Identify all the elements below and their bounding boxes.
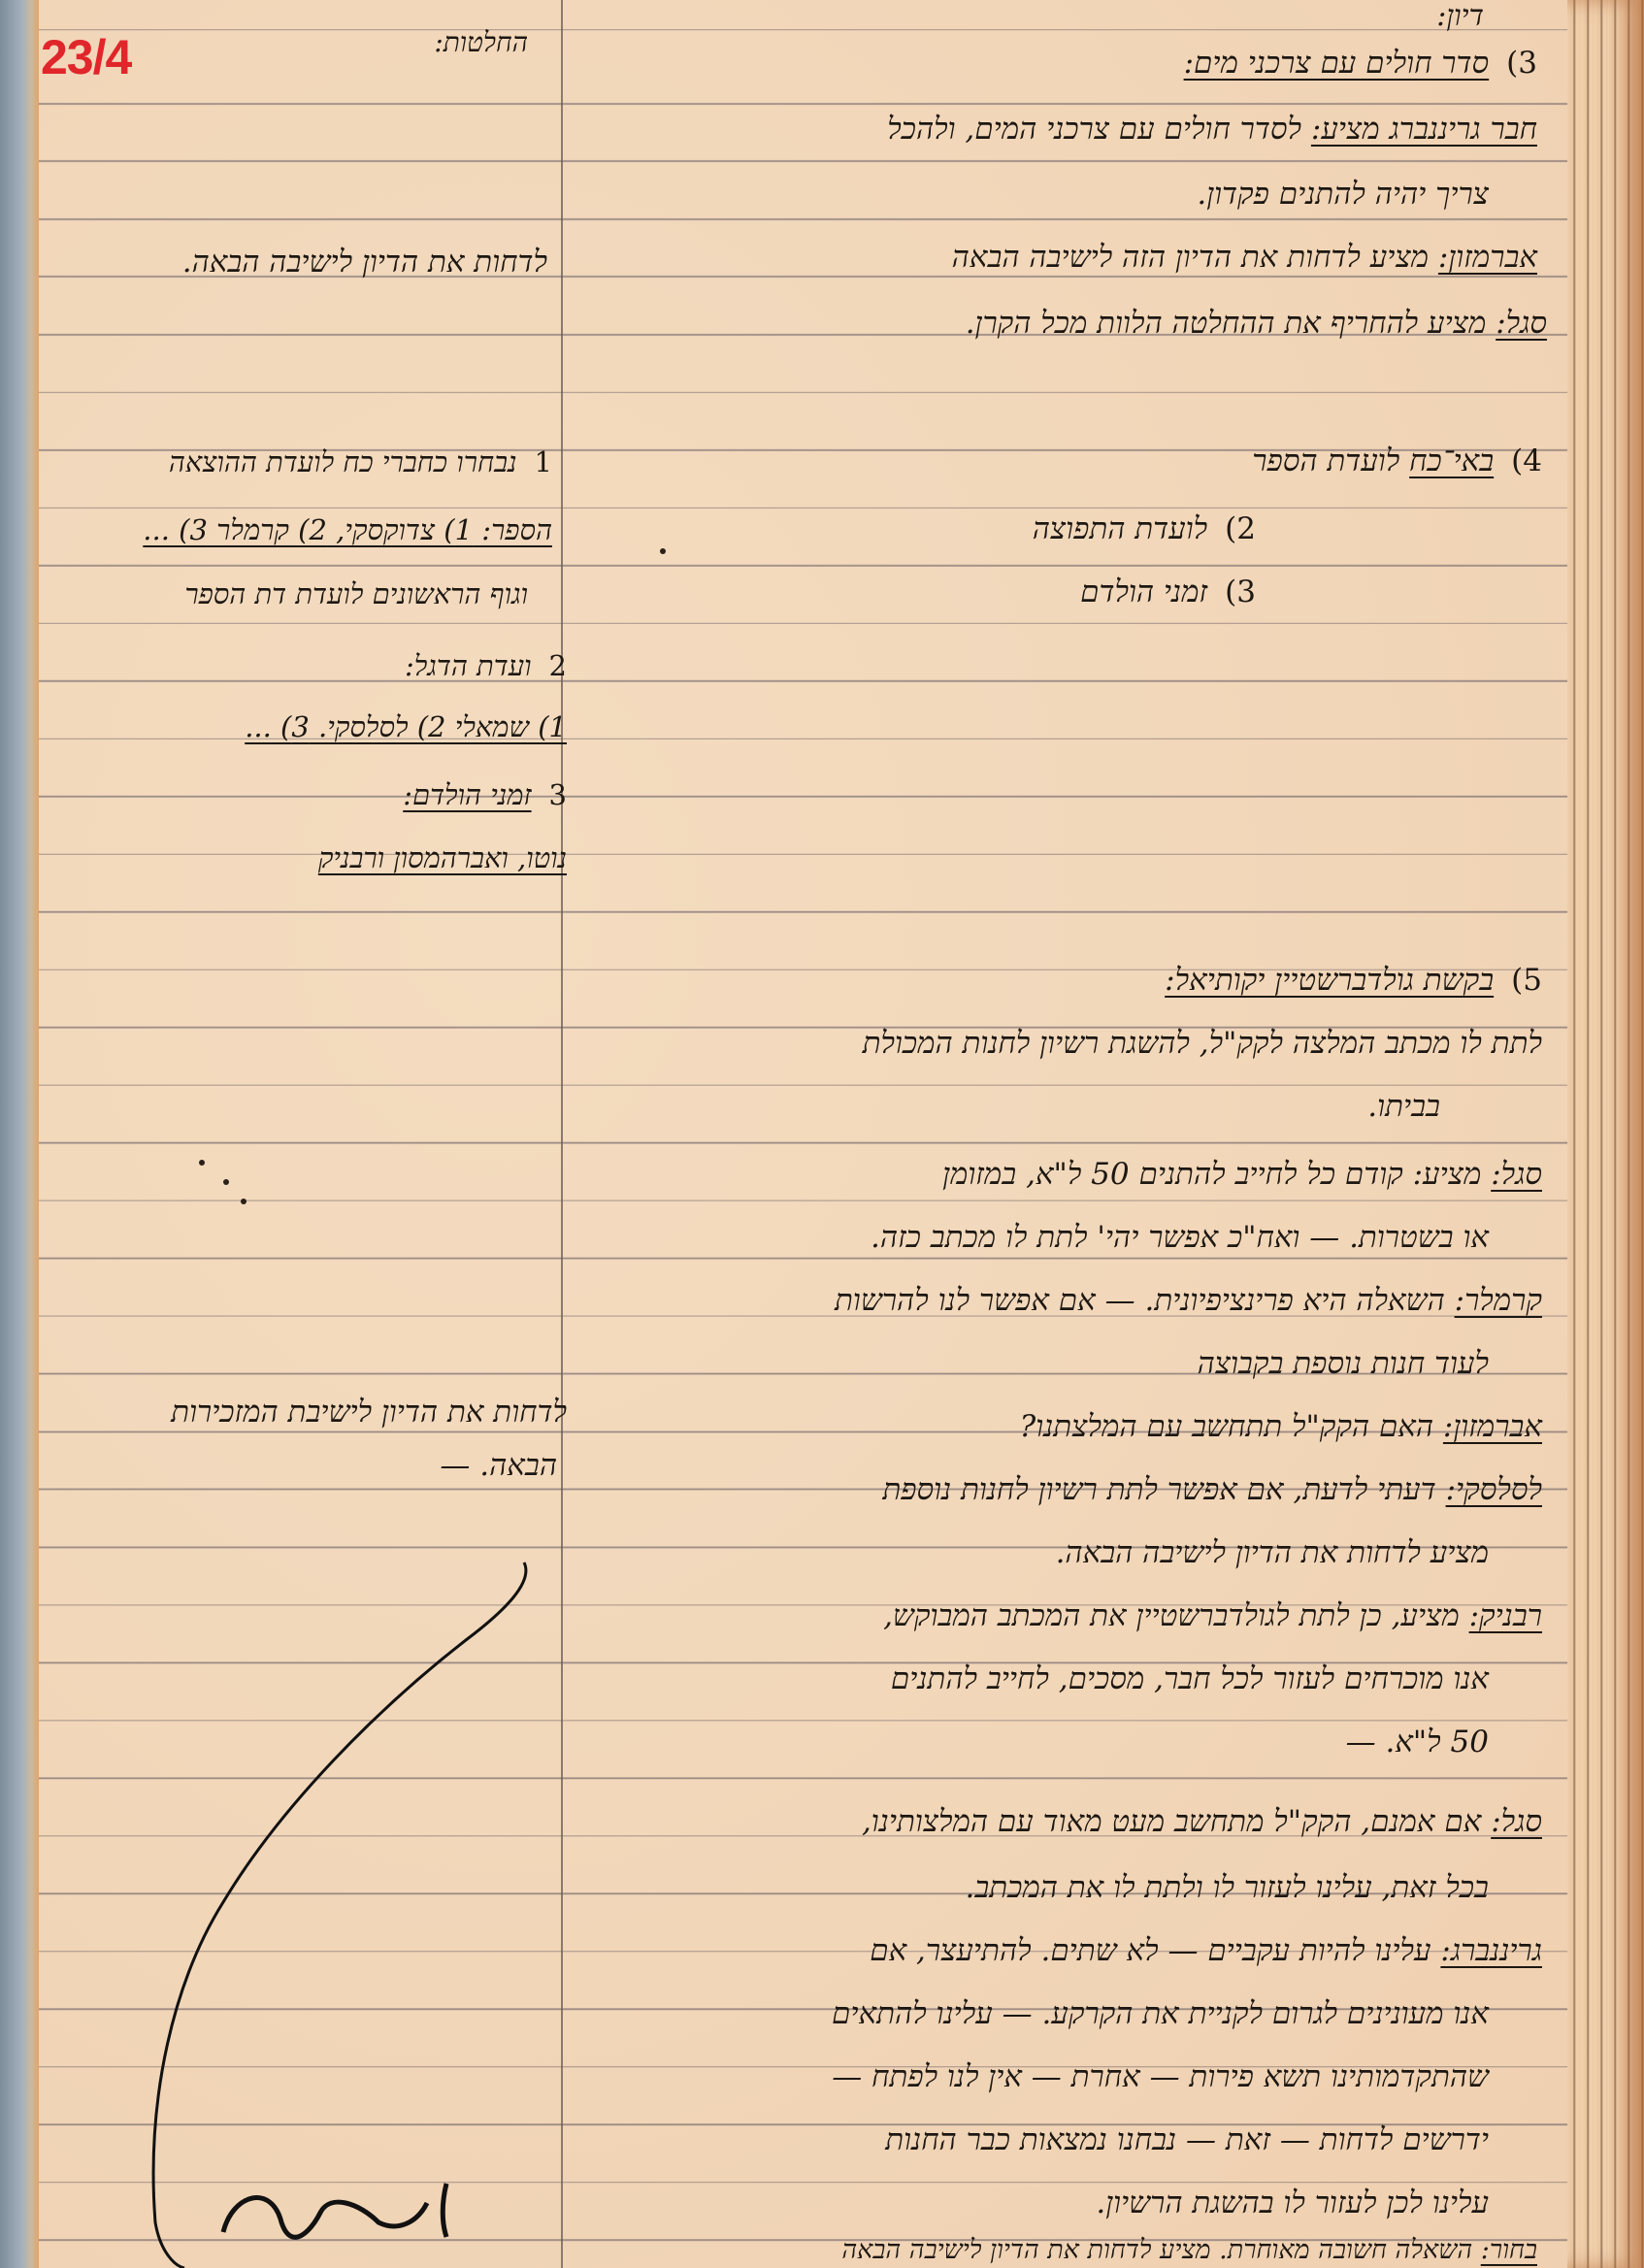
item-5-line: קרמלר: השאלה היא פרינציפיונית. — אם אפשר… bbox=[835, 1286, 1542, 1316]
item-5-line: לתת לו מכתב המלצה לקק"ל, להשגת רשיון לחנ… bbox=[863, 1029, 1542, 1059]
item-5-line: ידרשים לדחות — זאת — נבחנו נמצאות כבר הח… bbox=[885, 2125, 1489, 2155]
item-3-line-4: סגל: מציע להחריף את ההחלטה הלוות מכל הקר… bbox=[966, 309, 1547, 339]
item-5-line: או בשטרות. — ואח"כ אפשר יהי' לתת לו מכתב… bbox=[871, 1223, 1489, 1253]
page-stack-edge bbox=[1567, 0, 1644, 2268]
speaker: רבניק: bbox=[1469, 1598, 1542, 1633]
speaker: חבר גריננברג מציע: bbox=[1311, 112, 1537, 147]
decision-3-number: 2 bbox=[549, 649, 567, 682]
decision-4: 3זמני הולדם: bbox=[403, 781, 567, 809]
item-4-sub-3: 3)זמני הולדם bbox=[1080, 577, 1256, 608]
decision-3-line2: 1) שמאלי 2) לסלסקי. 3) ... bbox=[245, 713, 567, 741]
speaker: בחור: bbox=[1481, 2235, 1537, 2265]
item-5-line: 50 ל"א. — bbox=[1346, 1727, 1489, 1758]
item-5-line: גריננברג: עלינו להיות עקביים — לא שתים. … bbox=[870, 1936, 1542, 1966]
signature-icon bbox=[136, 1553, 563, 2268]
decision-4-number: 3 bbox=[549, 778, 567, 811]
ink-speck bbox=[223, 1179, 229, 1185]
item-5-line: סגל: מציע: קודם כל לחייב להתנים 50 ל"א, … bbox=[942, 1160, 1542, 1190]
speaker: אברמזון: bbox=[1438, 240, 1537, 275]
item-3-line-3: אברמזון: מציע לדחות את הדיון הזה לישיבה … bbox=[952, 243, 1537, 273]
ink-speck bbox=[660, 548, 666, 554]
decision-5: לדחות את הדיון לישיבת המזכירות bbox=[171, 1397, 567, 1428]
ink-speck bbox=[199, 1160, 205, 1166]
item-3-line-1: חבר גריננברג מציע: לסדר חולים עם צרכני ה… bbox=[887, 115, 1537, 145]
speaker: אברמזון: bbox=[1443, 1409, 1542, 1444]
item-4-title: 4)באי־כח לועדת הספר bbox=[1252, 446, 1542, 477]
item-5-line: אנו מוכרחים לעזור לכל חבר, מסכים, לחייב … bbox=[891, 1664, 1489, 1694]
item-5-line: אנו מעונינים לגרום לקניית את הקרקע. — על… bbox=[832, 1999, 1489, 2029]
decision-1: לדחות את הדיון לישיבה הבאה. bbox=[182, 247, 547, 278]
item-5-title: 5)בקשת גולדברשטיין יקותיאל: bbox=[1165, 966, 1542, 996]
item-5-line: בביתו. bbox=[1367, 1092, 1440, 1122]
item-3-line-2: צריך יהיה להתנים פקדון. bbox=[1197, 180, 1489, 210]
item-5-line: בחור: השאלה חשובה מאוחרת. מציע לדחות את … bbox=[841, 2237, 1537, 2263]
decision-2-line2: הספר: 1) צדוקסקי, 2) קרמלר 3) ... bbox=[143, 516, 552, 544]
item-4-sub-2: 2)לועדת התפוצה bbox=[1033, 514, 1256, 544]
speaker: סגל: bbox=[1491, 1804, 1542, 1839]
ink-speck bbox=[241, 1199, 247, 1204]
speaker: סגל: bbox=[1491, 1157, 1542, 1192]
decision-4-line2: נוטו, ואברהמסון ורבניק bbox=[318, 844, 567, 872]
item-3-title: 3)סדר חולים עם צרכני מים: bbox=[1184, 49, 1537, 79]
decisions-header: החלטות: bbox=[434, 29, 528, 56]
speaker: גריננברג: bbox=[1440, 1933, 1542, 1968]
decision-2-line3: וגוף הראשונים לועדת דת הספר bbox=[184, 580, 528, 608]
item-5-line: רבניק: מציע, כן לתת לגולדברשטיין את המכת… bbox=[883, 1601, 1542, 1631]
speaker: סגל: bbox=[1496, 306, 1547, 341]
item-5-line: אברמזון: האם הקק"ל תתחשב עם המלצתנו? bbox=[1020, 1412, 1542, 1442]
decision-2-number: 1 bbox=[535, 445, 552, 478]
item-5-line: בכל זאת, עלינו לעזור לו ולתת לו את המכתב… bbox=[966, 1873, 1489, 1903]
discussion-header: דיון: bbox=[1436, 2, 1484, 31]
speaker: לסלסקי: bbox=[1446, 1472, 1542, 1507]
decision-5-line2: הבאה. — bbox=[440, 1451, 557, 1481]
item-5-line: לסלסקי: דעתי לדעת, אם אפשר לתת רשיון לחנ… bbox=[882, 1475, 1542, 1505]
item-5-line: לעוד חנות נוספת בקבוצה bbox=[1198, 1349, 1489, 1379]
item-5-line: עלינו לכן לעזור לו בהשגת הרשיון. bbox=[1096, 2188, 1489, 2219]
decision-2: 1נבחרו כחברי כח לועדת ההוצאה bbox=[169, 448, 552, 477]
item-5-line: שהתקדמותינו תשא פירות — אחרת — אין לנו ל… bbox=[832, 2062, 1489, 2092]
speaker: קרמלר: bbox=[1455, 1283, 1542, 1318]
item-5-line: סגל: אם אמנם, הקק"ל מתחשב מעט מאוד עם המ… bbox=[862, 1807, 1542, 1837]
decision-3: 2ועדת הדגל: bbox=[405, 652, 567, 680]
book-binding bbox=[0, 0, 39, 2268]
item-5-line: מציע לדחות את הדיון לישיבה הבאה. bbox=[1056, 1538, 1489, 1568]
date-stamp: 23/4 bbox=[41, 29, 131, 85]
